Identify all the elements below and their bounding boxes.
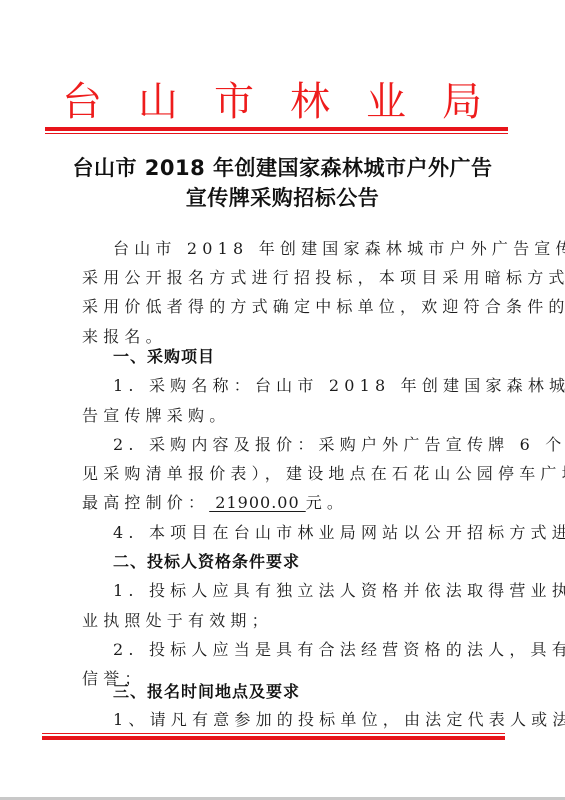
section-item-line: 业执照处于有效期； — [82, 610, 474, 632]
intro-line: 采用价低者得的方式确定中标单位，欢迎符合条件的单位前 — [82, 296, 474, 318]
document-title-line-1: 台山市 2018 年创建国家森林城市户外广告 — [0, 152, 565, 182]
letterhead-char: 局 — [442, 78, 482, 126]
intro-line: 台山市 2018 年创建国家森林城市户外广告宣传牌采购 — [113, 238, 505, 260]
max-price-label: 最高控制价： — [82, 493, 209, 512]
intro-line: 来报名。 — [82, 326, 474, 348]
document-page: 台 山 市 林 业 局 台山市 2018 年创建国家森林城市户外广告 宣传牌采购… — [0, 0, 565, 797]
section-item-line: 2. 采购内容及报价：采购户外广告宣传牌 6 个（参数详 — [113, 434, 505, 456]
section-item-line: 1. 采购名称：台山市 2018 年创建国家森林城市户外广 — [113, 375, 505, 397]
section-heading-procurement-item: 一、采购项目 — [113, 346, 215, 368]
intro-line: 采用公开报名方式进行招投标，本项目采用暗标方式进行， — [82, 267, 474, 289]
letterhead-char: 山 — [138, 78, 178, 126]
max-price-unit: 元。 — [306, 493, 348, 512]
section-item-line: 告宣传牌采购。 — [82, 405, 474, 427]
max-price-value: 21900.00 — [209, 493, 306, 512]
letterhead-char: 业 — [366, 78, 406, 126]
footer-red-rule-thick — [42, 736, 505, 740]
header-red-rule-thick — [45, 127, 508, 131]
section-item-line: 1、请凡有意参加的投标单位，由法定代表人或法人委 — [113, 709, 505, 731]
letterhead-org-name: 台 山 市 林 业 局 — [62, 78, 482, 126]
section-item-line: 4. 本项目在台山市林业局网站以公开招标方式进行。 — [113, 522, 505, 544]
letterhead-char: 台 — [62, 78, 102, 126]
section-heading-registration: 三、报名时间地点及要求 — [113, 681, 300, 703]
header-red-rule-thin — [45, 133, 508, 134]
letterhead-char: 林 — [290, 78, 330, 126]
document-title-line-2: 宣传牌采购招标公告 — [0, 182, 565, 212]
footer-red-rule-thin — [42, 733, 505, 734]
section-item-line: 1. 投标人应具有独立法人资格并依法取得营业执照，营 — [113, 580, 505, 602]
section-heading-bidder-qualification: 二、投标人资格条件要求 — [113, 551, 300, 573]
section-item-line: 见采购清单报价表），建设地点在石花山公园停车广场侧， — [82, 463, 474, 485]
letterhead-char: 市 — [214, 78, 254, 126]
max-price-line: 最高控制价： 21900.00 元。 — [82, 492, 474, 514]
section-item-line: 2. 投标人应当是具有合法经营资格的法人，具有良好的 — [113, 639, 505, 661]
